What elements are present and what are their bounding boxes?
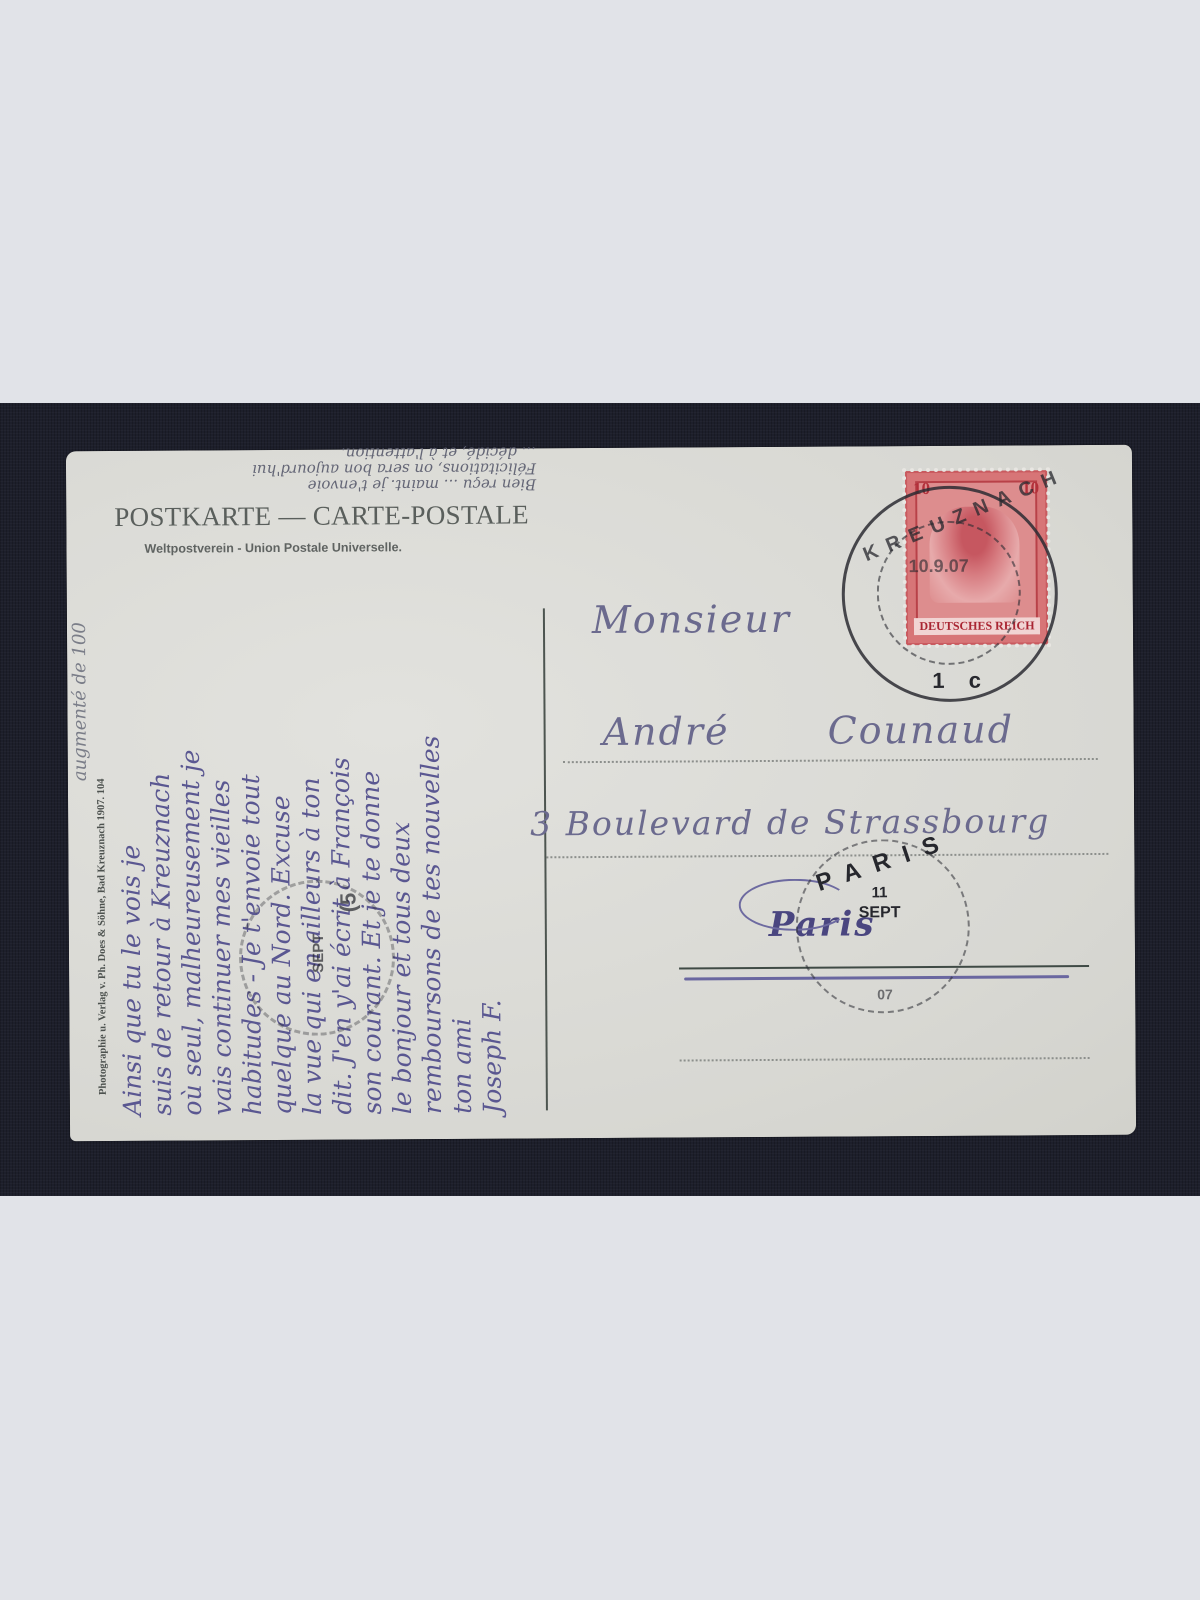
address-line-1	[563, 758, 1098, 763]
message-line: habitudes - Je t'envoie tout	[235, 595, 268, 1115]
center-divider	[543, 608, 548, 1110]
message-line: dit. J'en y'ai écrit à François	[325, 595, 358, 1115]
postcard: Bien reçu ... maint. je t'envoie Félicit…	[66, 445, 1136, 1141]
message-line: vais continuer mes vieilles	[205, 595, 238, 1115]
upside-down-note: Bien reçu ... maint. je t'envoie Félicit…	[252, 444, 536, 494]
message-line: le bonjour et tous deux	[385, 594, 418, 1114]
message-line: ton ami	[445, 594, 478, 1114]
message-line: où seul, malheureusement je	[175, 595, 208, 1115]
address-street: 3 Boulevard de Strassbourg	[530, 801, 1050, 843]
destination-postmark-day: 11	[872, 884, 888, 901]
message-line: son courant. Et je te donne	[355, 594, 388, 1114]
message-side-postmark-month: SEPT	[310, 934, 327, 973]
message-body: Ainsi que tu le vois je suis de retour à…	[115, 593, 538, 1116]
margin-pencil-note: augmenté de 100	[69, 561, 91, 781]
origin-postmark-date: 10.9.07	[909, 556, 969, 577]
message-line: remboursons de tes nouvelles	[415, 594, 448, 1114]
destination-postmark-month: SEPT	[859, 904, 901, 922]
message-line: Ainsi que tu le vois je	[115, 596, 148, 1116]
message-line: la vue qui en ailleurs à ton	[295, 595, 328, 1115]
card-subtitle: Weltpostverein - Union Postale Universel…	[144, 540, 402, 556]
destination-postmark-year: 07	[877, 986, 893, 1002]
address-line-4	[680, 1057, 1090, 1062]
message-line: quelque au Nord. Excuse	[265, 595, 298, 1115]
message-side-postmark-fragment: (5	[335, 893, 361, 913]
upside-down-line: Bien reçu ... maint. je t'envoie	[252, 476, 536, 494]
upside-down-line: ... décidé, et à l'attention.	[252, 444, 536, 462]
upside-down-line: Félicitations, on sera bon aujourd'hui	[252, 460, 536, 478]
origin-postmark-office: 1 c	[932, 668, 981, 694]
address-last-name: Counaud	[827, 707, 1014, 752]
card-title: POSTKARTE — CARTE-POSTALE	[114, 499, 529, 533]
message-line: suis de retour à Kreuznach	[145, 596, 178, 1116]
address-salutation: Monsieur	[592, 597, 791, 642]
publisher-imprint: Photographie u. Verlag v. Ph. Does & Söh…	[94, 535, 108, 1095]
signature: Joseph F.	[475, 594, 508, 1114]
address-first-name: André	[602, 709, 729, 754]
